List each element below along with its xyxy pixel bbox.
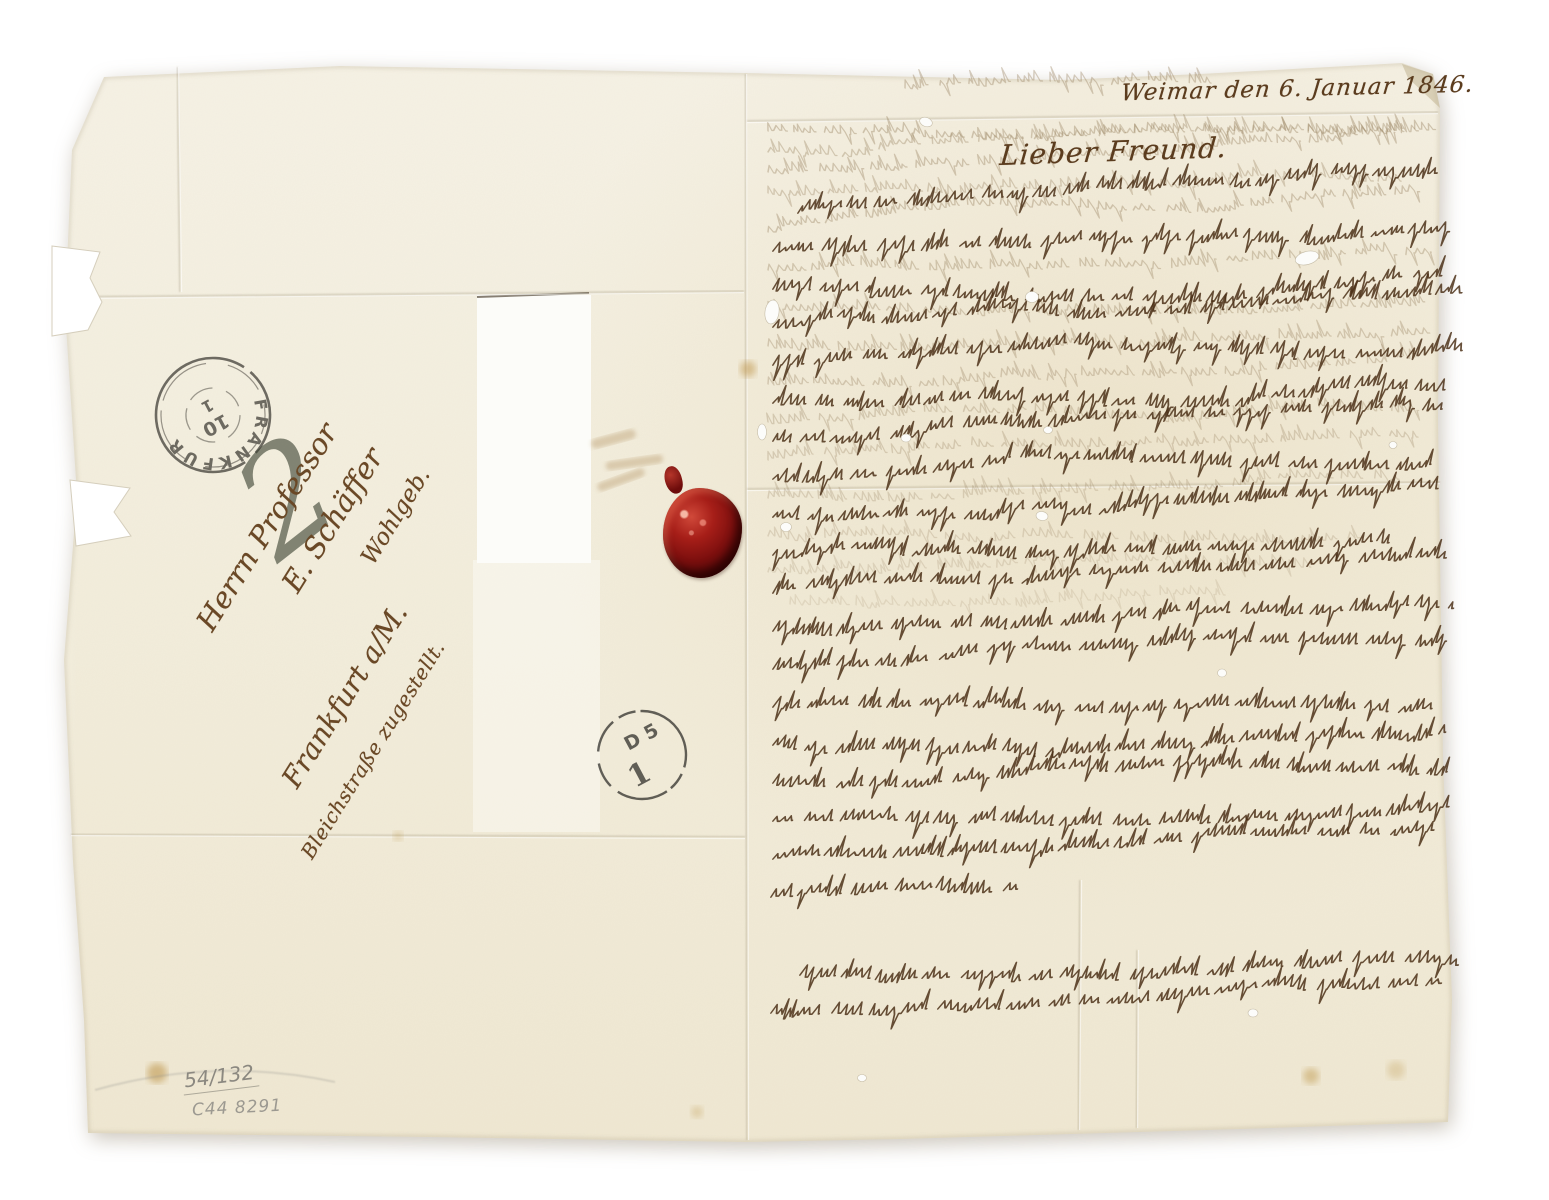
paper-loss-fleck: [858, 1075, 867, 1082]
paper-loss-fleck: [758, 424, 767, 440]
paper-loss-fleck: [1389, 442, 1397, 449]
paper-loss-fleck: [1044, 427, 1053, 434]
paper-loss-fleck: [1026, 292, 1039, 303]
arrival-postmark: D 5 1: [592, 705, 692, 805]
address-block: Herrn Professor E. Schäffer Wohlgeb. Fra…: [95, 318, 595, 878]
foxing-stain: [147, 1063, 167, 1083]
foxing-stain: [1303, 1068, 1319, 1084]
foxing-stain: [740, 361, 756, 377]
paper-loss-fleck: [1248, 1009, 1258, 1017]
arrival-postmark-line1: D 5: [620, 719, 662, 755]
paper-loss-fleck: [901, 434, 911, 442]
paper-loss-fleck: [1218, 669, 1227, 677]
letter-photograph: Da ich veranlaßt bin, nach Frankfurt zu …: [0, 0, 1549, 1200]
arrival-postmark-line2: 1: [622, 755, 657, 796]
foxing-stain: [1387, 1061, 1405, 1079]
paper-loss-fleck: [781, 523, 792, 532]
foxing-stain: [691, 1106, 703, 1118]
